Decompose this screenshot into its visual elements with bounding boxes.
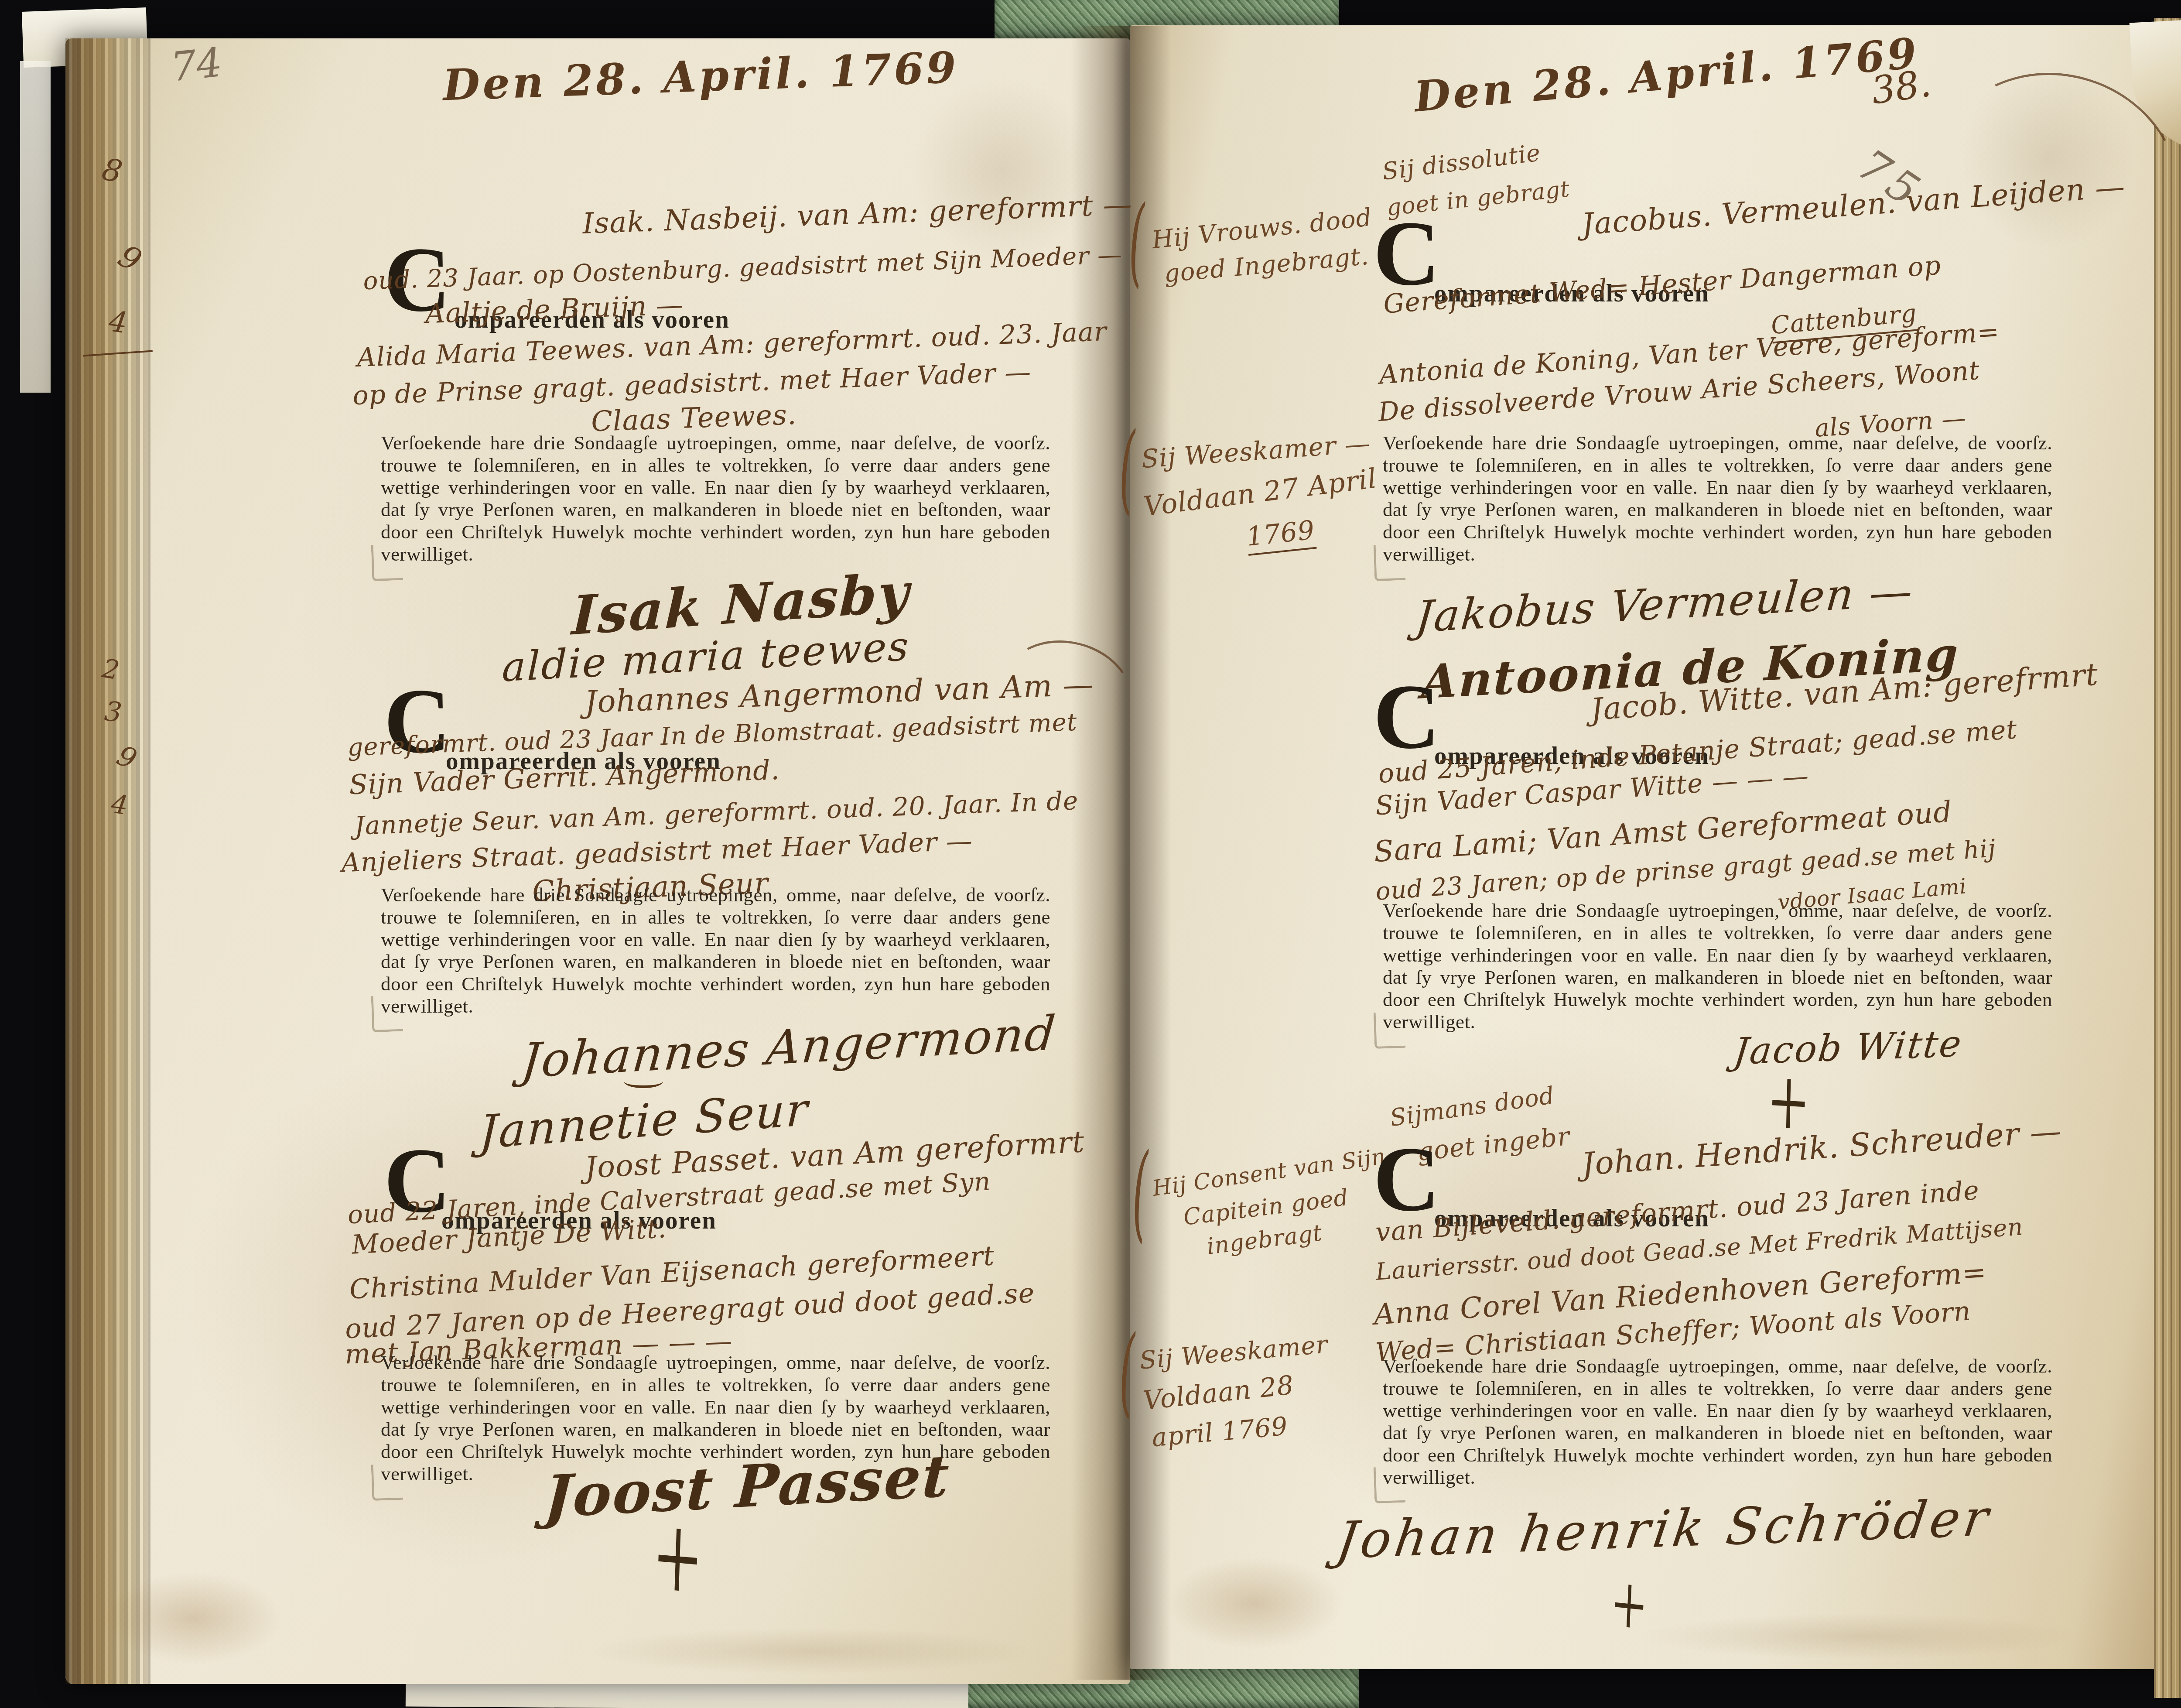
bride-mark-cross: + — [1610, 1559, 1648, 1654]
pencil-bracket-mark — [1374, 1012, 1406, 1049]
margin-note-line: 1769 — [1245, 515, 1316, 556]
margin-brace: ( — [1129, 185, 1145, 298]
gutter-glyph: 9 — [112, 237, 148, 279]
backing-paper-left-strip — [20, 61, 51, 393]
drop-cap: C — [1373, 218, 1440, 288]
printed-formula: Verſoekende hare drie Sondaagſe uytroepi… — [381, 884, 1050, 1017]
printed-formula: Verſoekende hare drie Sondaagſe uytroepi… — [1383, 432, 2052, 565]
margin-brace: ( — [1132, 1132, 1149, 1253]
signature-groom: Jacob Witte — [1732, 1022, 1965, 1073]
gutter-glyphs-top: 8 9 4 — [79, 144, 155, 371]
page-number-38: 38. — [1869, 62, 1934, 113]
pencil-bracket-mark — [1374, 544, 1406, 581]
printed-formula: Verſoekende hare drie Sondaagſe uytroepi… — [1383, 1355, 2052, 1489]
book-scan: 8 9 4 2 3 9 4 74 Den 28. April. 1769 Isa… — [0, 0, 2181, 1708]
gutter-glyph: 3 — [103, 695, 124, 729]
margin-brace: ( — [1119, 1315, 1135, 1427]
printed-formula: Verſoekende hare drie Sondaagſe uytroepi… — [381, 432, 1050, 565]
gutter-glyph: 8 — [99, 151, 126, 190]
page-number-74: 74 — [169, 39, 225, 91]
gutter-glyph: 2 — [100, 653, 122, 686]
gutter-glyph: 9 — [112, 739, 142, 777]
gutter-glyph: 4 — [109, 789, 130, 821]
pencil-bracket-mark — [1374, 1466, 1406, 1503]
page-block-fore-edge — [2154, 18, 2181, 1698]
gutter-glyphs-mid: 2 3 9 4 — [79, 650, 150, 838]
drop-cap: C — [1373, 1144, 1440, 1214]
gutter-glyph: 4 — [107, 304, 130, 340]
bride-mark-cross: + — [652, 1492, 703, 1628]
gutter-underline — [83, 350, 153, 356]
pencil-bracket-mark — [371, 1464, 403, 1501]
drop-cap: C — [1373, 681, 1440, 752]
pencil-bracket-mark — [371, 995, 403, 1032]
ink-squiggle — [624, 1074, 663, 1088]
pencil-bracket-mark — [371, 544, 403, 581]
margin-brace: ( — [1119, 412, 1135, 524]
printed-formula: Verſoekende hare drie Sondaagſe uytroepi… — [1383, 900, 2052, 1033]
